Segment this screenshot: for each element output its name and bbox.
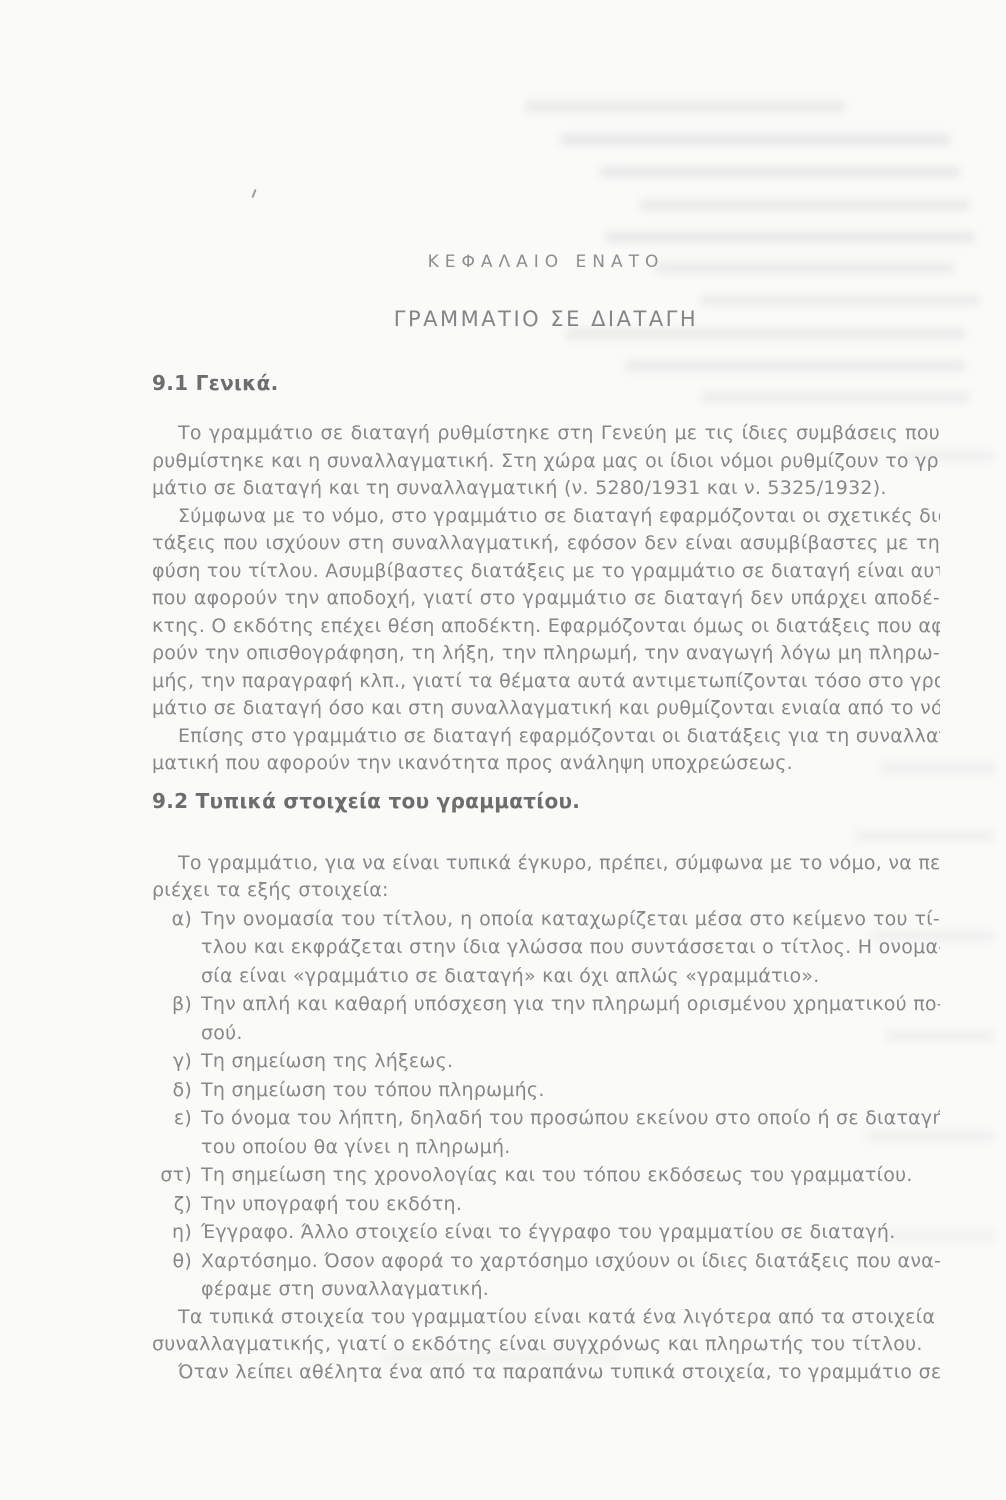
text-line: Την απλή και καθαρή υπόσχεση για την πλη… [201,990,940,1019]
text-line: μής, την παραγραφή κλπ., γιατί τα θέματα… [152,668,940,696]
list-item: β)Την απλή και καθαρή υπόσχεση για την π… [152,990,940,1047]
list-item: α)Την ονομασία του τίτλου, η οποία καταχ… [152,905,940,991]
list-item-label: ζ) [152,1190,201,1219]
text-line: Σύμφωνα με το νόμο, στο γραμμάτιο σε δια… [152,503,940,531]
text-line: ρούν την οπισθογράφηση, τη λήξη, την πλη… [152,640,940,668]
text-line: Το γραμμάτιο σε διαταγή ρυθμίστηκε στη Γ… [152,420,940,448]
section-9-2-intro: Το γραμμάτιο, για να είναι τυπικά έγκυρο… [152,850,940,905]
text-line: Έγγραφο. Άλλο στοιχείο είναι το έγγραφο … [201,1218,940,1247]
text-line: σού. [201,1019,940,1048]
list-item-label: δ) [152,1076,201,1105]
list-item: στ)Τη σημείωση της χρονολογίας και του τ… [152,1161,940,1190]
list-item-label: β) [152,990,201,1047]
text-line: ριέχει τα εξής στοιχεία: [152,877,940,905]
text-line: κτης. Ο εκδότης επέχει θέση αποδέκτη. Εφ… [152,613,940,641]
paragraph: Σύμφωνα με το νόμο, στο γραμμάτιο σε δια… [152,503,940,723]
section-9-2-closing: Τα τυπικά στοιχεία του γραμματίου είναι … [152,1304,940,1387]
list-item-label: θ) [152,1247,201,1304]
chapter-subtitle: ΓΡΑΜΜΑΤΙΟ ΣΕ ΔΙΑΤΑΓΗ [152,308,940,330]
paragraph: Επίσης στο γραμμάτιο σε διαταγή εφαρμόζο… [152,723,940,778]
list-item: γ)Τη σημείωση της λήξεως. [152,1047,940,1076]
text-line: φέραμε στη συναλλαγματική. [201,1275,940,1304]
text-line: μάτιο σε διαταγή όσο και στη συναλλαγματ… [152,695,940,723]
text-line: Το γραμμάτιο, για να είναι τυπικά έγκυρο… [152,850,940,878]
text-line: Τη σημείωση του τόπου πληρωμής. [201,1076,940,1105]
paragraph: Τα τυπικά στοιχεία του γραμματίου είναι … [152,1304,940,1359]
list-item-text: Τη σημείωση της χρονολογίας και του τόπο… [201,1161,940,1190]
text-line: τάξεις που ισχύουν στη συναλλαγματική, ε… [152,530,940,558]
text-line: φύση του τίτλου. Ασυμβίβαστες διατάξεις … [152,558,940,586]
list-item-text: Τη σημείωση της λήξεως. [201,1047,940,1076]
chapter-title: ΚΕΦΑΛΑΙΟ ΕΝΑΤΟ [152,253,940,272]
text-line: Τη σημείωση της χρονολογίας και του τόπο… [201,1161,940,1190]
text-line: τλου και εκφράζεται στην ίδια γλώσσα που… [201,933,940,962]
document-page: ΚΕΦΑΛΑΙΟ ΕΝΑΤΟ ΓΡΑΜΜΑΤΙΟ ΣΕ ΔΙΑΤΑΓΗ 9.1 … [0,0,1006,1500]
text-line: Επίσης στο γραμμάτιο σε διαταγή εφαρμόζο… [152,723,940,751]
text-line: σία είναι «γραμμάτιο σε διαταγή» και όχι… [201,962,940,991]
text-line: του οποίου θα γίνει η πληρωμή. [201,1133,940,1162]
text-line: Την υπογραφή του εκδότη. [201,1190,940,1219]
formal-elements-list: α)Την ονομασία του τίτλου, η οποία καταχ… [152,905,940,1304]
section-9-1-heading: 9.1 Γενικά. [152,373,940,394]
text-line: Το όνομα του λήπτη, δηλαδή του προσώπου … [201,1104,940,1133]
text-line: Όταν λείπει αθέλητα ένα από τα παραπάνω … [152,1359,940,1387]
paragraph: Το γραμμάτιο σε διαταγή ρυθμίστηκε στη Γ… [152,420,940,503]
list-item-label: α) [152,905,201,991]
list-item-text: Την ονομασία του τίτλου, η οποία καταχωρ… [201,905,940,991]
text-line: ρυθμίστηκε και η συναλλαγματική. Στη χώρ… [152,448,940,476]
list-item-text: Το όνομα του λήπτη, δηλαδή του προσώπου … [201,1104,940,1161]
list-item: θ)Χαρτόσημο. Όσον αφορά το χαρτόσημο ισχ… [152,1247,940,1304]
list-item: ζ)Την υπογραφή του εκδότη. [152,1190,940,1219]
page-content: ΚΕΦΑΛΑΙΟ ΕΝΑΤΟ ΓΡΑΜΜΑΤΙΟ ΣΕ ΔΙΑΤΑΓΗ 9.1 … [152,0,940,1386]
list-item-text: Την υπογραφή του εκδότη. [201,1190,940,1219]
list-item-label: στ) [152,1161,201,1190]
text-line: ματική που αφορούν την ικανότητα προς αν… [152,750,940,778]
list-item-text: Την απλή και καθαρή υπόσχεση για την πλη… [201,990,940,1047]
text-line: που αφορούν την αποδοχή, γιατί στο γραμμ… [152,585,940,613]
text-line: Τα τυπικά στοιχεία του γραμματίου είναι … [152,1304,940,1332]
text-line: Τη σημείωση της λήξεως. [201,1047,940,1076]
list-item: η)Έγγραφο. Άλλο στοιχείο είναι το έγγραφ… [152,1218,940,1247]
list-item-label: η) [152,1218,201,1247]
text-line: Την ονομασία του τίτλου, η οποία καταχωρ… [201,905,940,934]
list-item-text: Τη σημείωση του τόπου πληρωμής. [201,1076,940,1105]
paragraph: Το γραμμάτιο, για να είναι τυπικά έγκυρο… [152,850,940,905]
section-9-2-heading: 9.2 Τυπικά στοιχεία του γραμματίου. [152,791,940,812]
list-item-label: γ) [152,1047,201,1076]
section-9-1-body: Το γραμμάτιο σε διαταγή ρυθμίστηκε στη Γ… [152,420,940,778]
text-line: συναλλαγματικής, γιατί ο εκδότης είναι σ… [152,1331,940,1359]
paragraph: Όταν λείπει αθέλητα ένα από τα παραπάνω … [152,1359,940,1387]
list-item: δ)Τη σημείωση του τόπου πληρωμής. [152,1076,940,1105]
list-item-label: ε) [152,1104,201,1161]
list-item-text: Έγγραφο. Άλλο στοιχείο είναι το έγγραφο … [201,1218,940,1247]
list-item: ε)Το όνομα του λήπτη, δηλαδή του προσώπο… [152,1104,940,1161]
text-line: Χαρτόσημο. Όσον αφορά το χαρτόσημο ισχύο… [201,1247,940,1276]
text-line: μάτιο σε διαταγή και τη συναλλαγματική (… [152,475,940,503]
list-item-text: Χαρτόσημο. Όσον αφορά το χαρτόσημο ισχύο… [201,1247,940,1304]
